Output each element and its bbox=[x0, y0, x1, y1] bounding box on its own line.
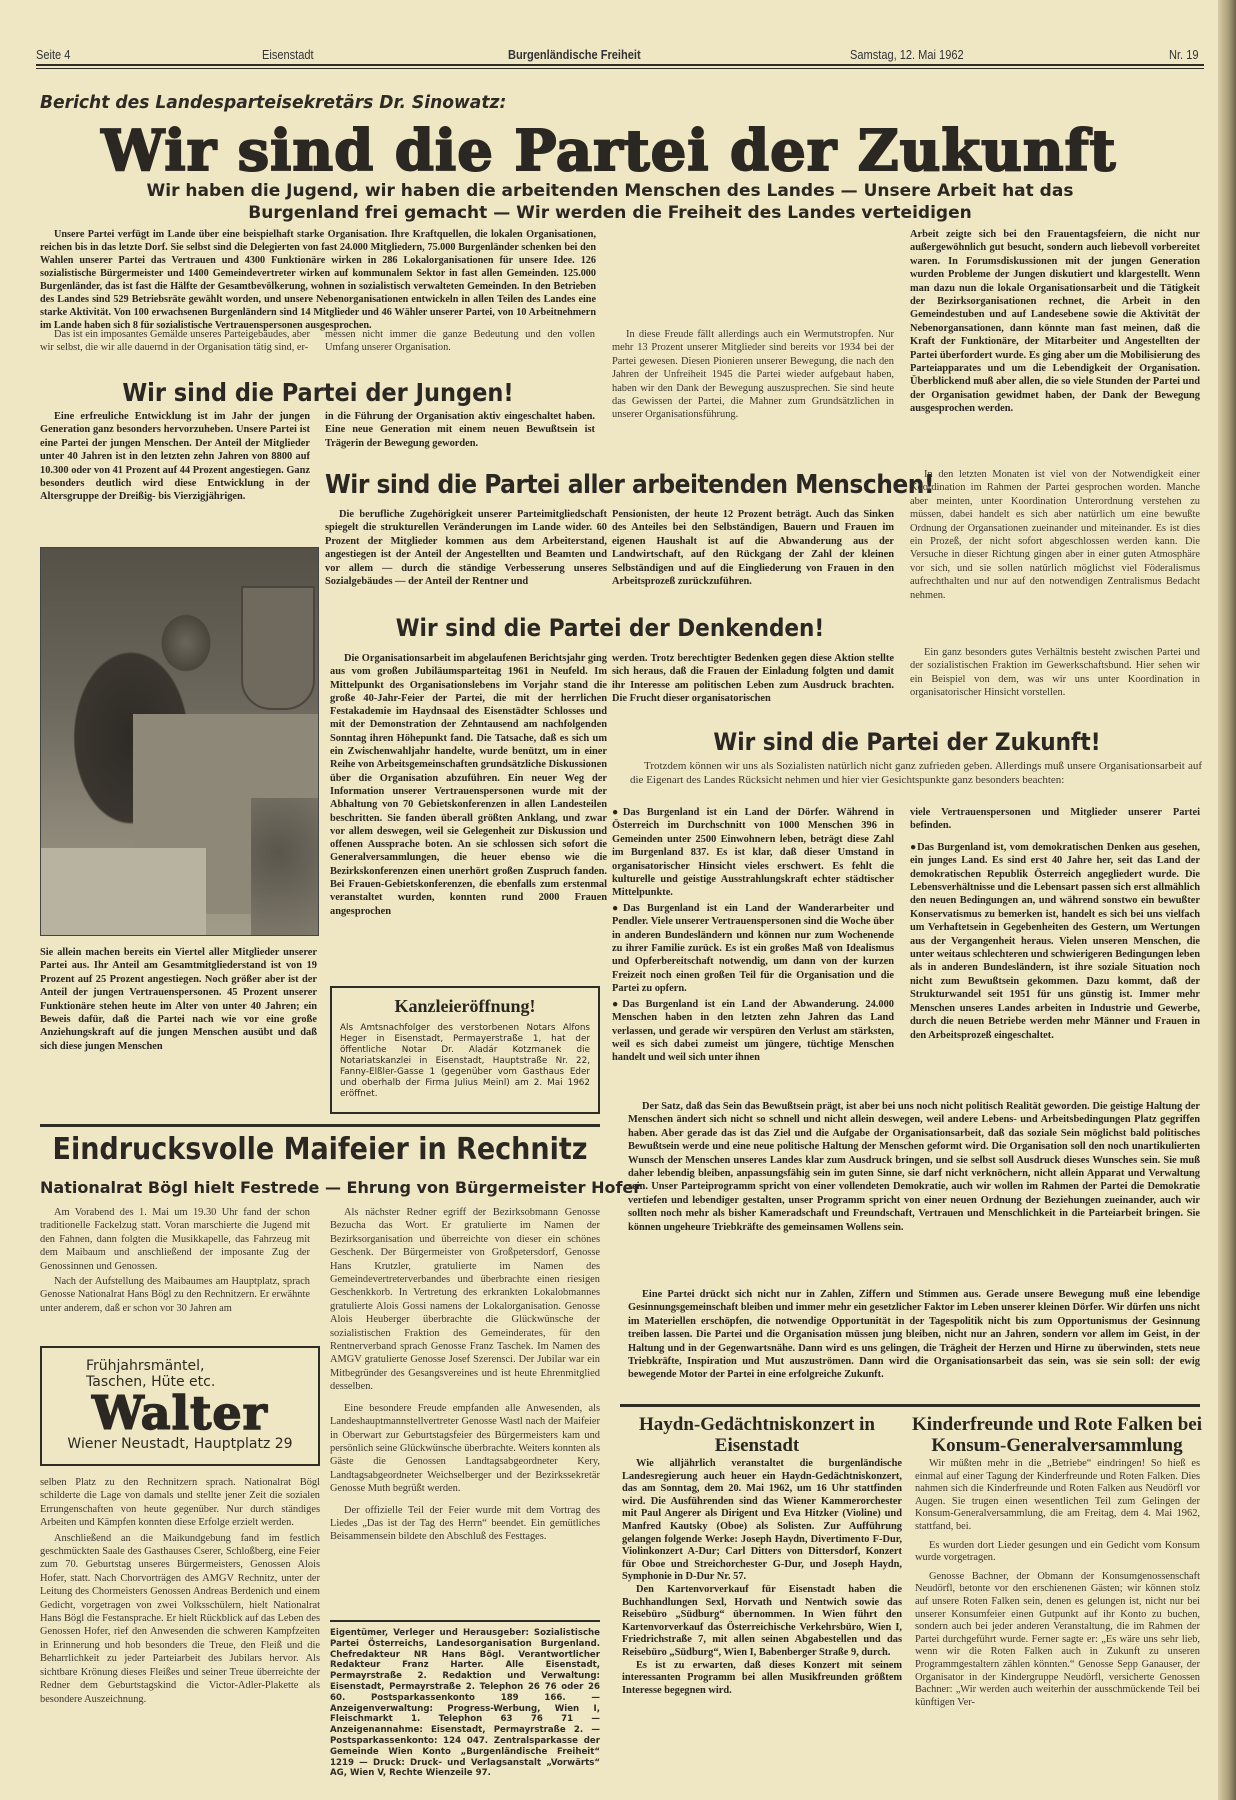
section-heading-zukunft: Wir sind die Partei der Zukunft! bbox=[612, 728, 1202, 756]
masthead-place: Eisenstadt bbox=[262, 47, 314, 62]
bullet-abwanderung: Das Burgenland ist ein Land der Abwander… bbox=[612, 998, 894, 1065]
newspaper-page: Seite 4 Eisenstadt Burgenländische Freih… bbox=[0, 0, 1218, 1800]
page-headline: Wir sind die Partei der Zukunft bbox=[0, 118, 1218, 184]
bullet-doerfer: Das Burgenland ist ein Land der Dörfer. … bbox=[612, 806, 894, 900]
lead-para-gemaelde-1: Das ist ein imposantes Gemälde unseres P… bbox=[40, 328, 310, 355]
jungen-col2: in die Führung der Organisation aktiv ei… bbox=[325, 410, 595, 450]
lead-para-wermut: In diese Freude fällt allerdings auch ei… bbox=[612, 328, 894, 422]
section-divider-maifeier bbox=[40, 1124, 600, 1127]
arbeitenden-col2: Pensionisten, der heute 12 Prozent beträ… bbox=[612, 508, 894, 588]
notice-kanzleieroeffnung: Kanzleieröffnung! Als Amtsnachfolger des… bbox=[330, 986, 600, 1114]
imprint-divider bbox=[330, 1620, 600, 1622]
haydn-body: Wie alljährlich veranstaltet die burgenl… bbox=[622, 1458, 902, 1697]
zukunft-para-satz: Der Satz, daß das Sein das Bewußtsein pr… bbox=[628, 1100, 1200, 1234]
lead-para-koordination: In den letzten Monaten ist viel von der … bbox=[910, 468, 1200, 602]
denkenden-col1: Die Organisationsarbeit im abgelaufenen … bbox=[330, 652, 607, 918]
maifeier-headline: Eindrucksvolle Maifeier in Rechnitz bbox=[40, 1132, 600, 1167]
bullet-pendler: Das Burgenland ist ein Land der Wanderar… bbox=[612, 902, 894, 996]
masthead-rule-thin bbox=[36, 68, 1204, 69]
photo-banner-shape bbox=[241, 586, 315, 710]
notice-body: Als Amtsnachfolger des verstorbenen Nota… bbox=[340, 1023, 590, 1100]
section-heading-arbeitenden: Wir sind die Partei aller arbeitenden Me… bbox=[325, 470, 910, 500]
photo-plant-shape bbox=[251, 798, 318, 935]
lead-subhead-1: Wir haben die Jugend, wir haben die arbe… bbox=[60, 180, 1160, 202]
zukunft-bullets-col1: Das Burgenland ist ein Land der Dörfer. … bbox=[612, 806, 894, 1065]
lead-subhead-2: Burgenland frei gemacht — Wir werden die… bbox=[60, 202, 1160, 224]
ad-line-1: Frühjahrsmäntel, bbox=[86, 1358, 302, 1374]
maifeier-subhead: Nationalrat Bögl hielt Festrede — Ehrung… bbox=[40, 1178, 600, 1197]
denkenden-col2: werden. Trotz berechtigter Bedenken gege… bbox=[612, 652, 894, 706]
article-kicker: Bericht des Landesparteisekretärs Dr. Si… bbox=[40, 92, 506, 113]
maifeier-col1-bottom: selben Platz zu den Rechnitzern sprach. … bbox=[40, 1476, 320, 1706]
falken-headline: Kinderfreunde und Rote Falken bei Konsum… bbox=[912, 1414, 1202, 1456]
section-heading-denkenden: Wir sind die Partei der Denkenden! bbox=[325, 614, 895, 642]
masthead-rule bbox=[36, 64, 1204, 66]
ad-brand: Walter bbox=[58, 1390, 302, 1436]
section-divider-bottom-right bbox=[620, 1404, 1200, 1407]
section-heading-jungen: Wir sind die Partei der Jungen! bbox=[40, 378, 596, 407]
lead-para-gemaelde-2: messen nicht immer die ganze Bedeutung u… bbox=[325, 328, 595, 355]
notice-title: Kanzleieröffnung! bbox=[340, 996, 590, 1017]
masthead: Seite 4 Eisenstadt Burgenländische Freih… bbox=[36, 40, 1204, 62]
ad-walter: Frühjahrsmäntel, Taschen, Hüte etc. Walt… bbox=[40, 1346, 320, 1466]
issue-date: Samstag, 12. Mai 1962 bbox=[850, 47, 964, 62]
speaker-photo bbox=[40, 547, 319, 936]
issue-number: Nr. 19 bbox=[1169, 47, 1198, 62]
haydn-headline: Haydn-Gedächtniskonzert in Eisenstadt bbox=[612, 1414, 902, 1456]
zukunft-para-partei: Eine Partei drückt sich nicht nur in Zah… bbox=[628, 1288, 1200, 1382]
jungen-after-photo: Sie allein machen bereits ein Viertel al… bbox=[40, 946, 317, 1053]
ad-address: Wiener Neustadt, Hauptplatz 29 bbox=[58, 1436, 302, 1452]
maifeier-col2: Als nächster Redner egriff der Bezirksob… bbox=[330, 1206, 600, 1544]
zukunft-intro: Trotzdem können wir uns als Sozialisten … bbox=[630, 760, 1202, 787]
maifeier-col1-top: Am Vorabend des 1. Mai um 19.30 Uhr fand… bbox=[40, 1206, 310, 1315]
lead-para-gewerkschaft: Ein ganz besonders gutes Verhältnis best… bbox=[910, 646, 1200, 700]
page-number: Seite 4 bbox=[36, 47, 70, 62]
zukunft-col2: viele Vertrauenspersonen und Mitglieder … bbox=[910, 806, 1200, 1042]
jungen-col1: Eine erfreuliche Entwicklung ist im Jahr… bbox=[40, 410, 310, 504]
arbeitenden-col1: Die berufliche Zugehörigkeit unserer Par… bbox=[325, 508, 607, 588]
imprint: Eigentümer, Verleger und Herausgeber: So… bbox=[330, 1628, 600, 1779]
bullet-junges-land: Das Burgenland ist, vom demokratischen D… bbox=[910, 841, 1200, 1042]
falken-body: Wir müßten mehr in die „Betriebe“ eindri… bbox=[915, 1458, 1200, 1709]
lead-para-frauentag: Arbeit zeigte sich bei den Frauentagsfei… bbox=[910, 228, 1200, 416]
lead-intro: Unsere Partei verfügt im Lande über eine… bbox=[40, 228, 596, 332]
photo-cloth-shape bbox=[41, 848, 206, 935]
page-edge-shadow bbox=[1218, 0, 1236, 1800]
newspaper-name: Burgenländische Freiheit bbox=[508, 47, 641, 62]
